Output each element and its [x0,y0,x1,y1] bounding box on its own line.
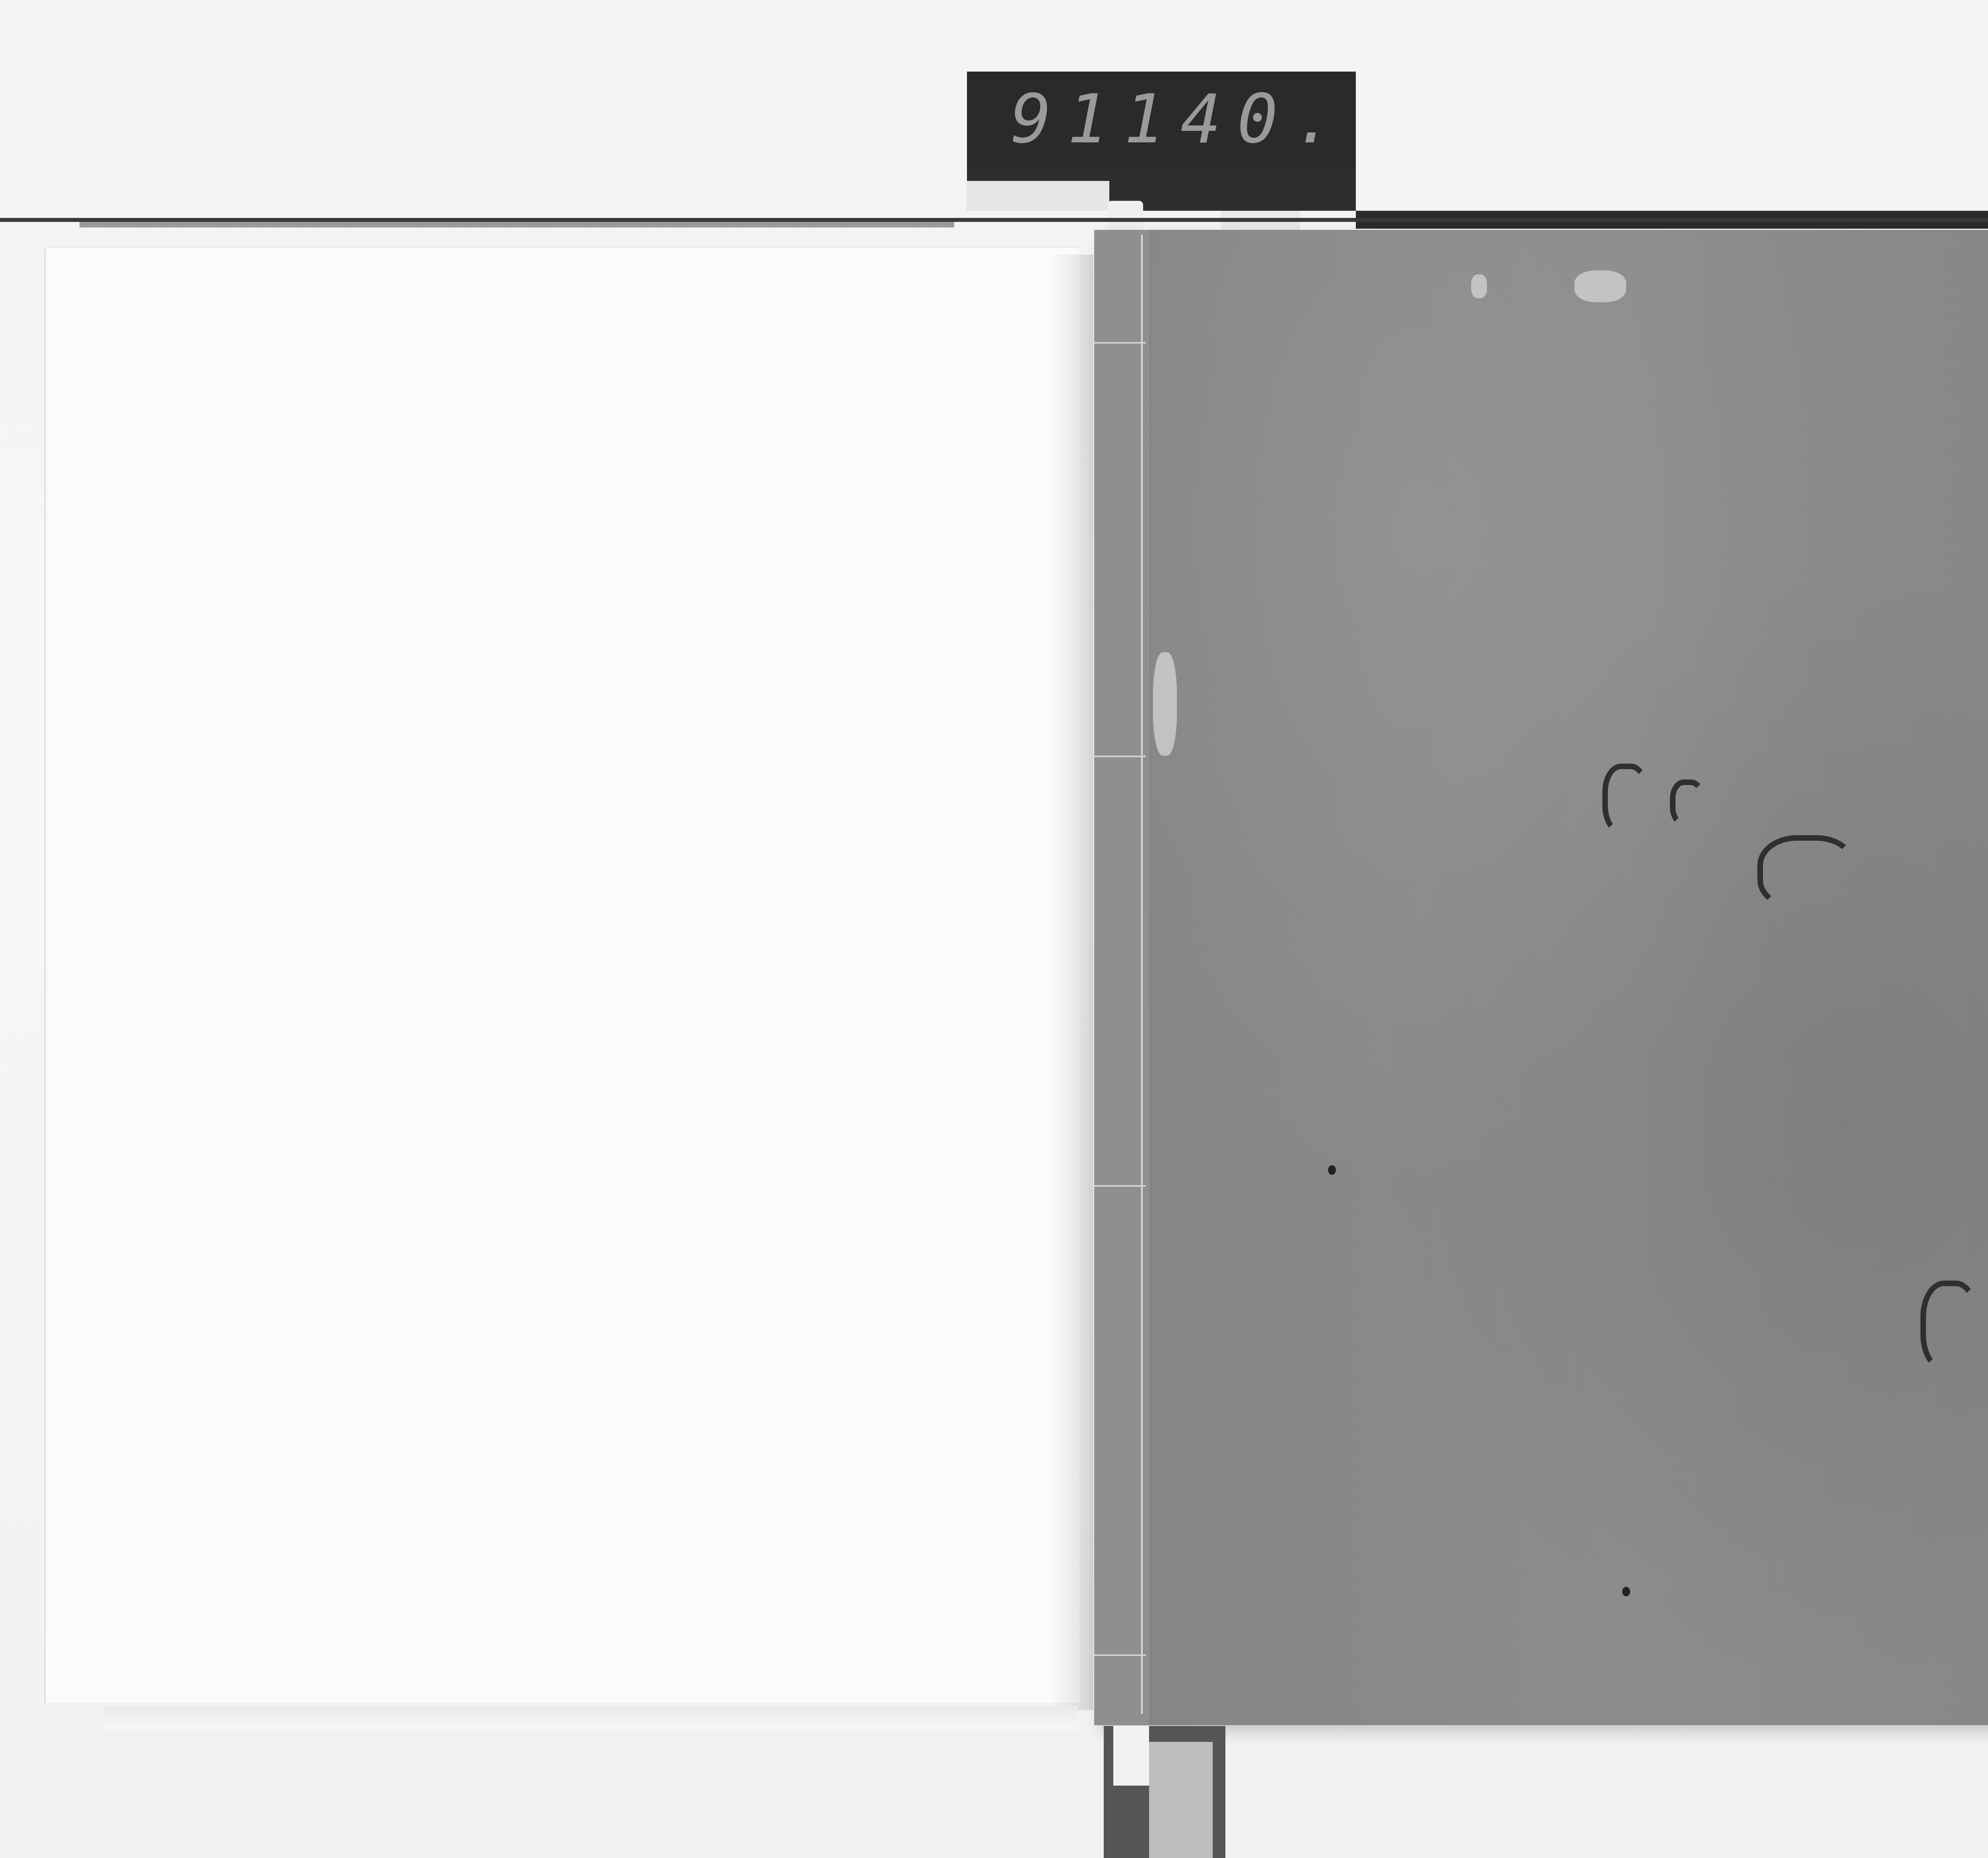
wear-spot [1153,652,1177,756]
wear-spot [1471,274,1487,298]
wormhole-mark [1757,835,1856,910]
page-gutter-shadow [1050,255,1093,1710]
left-page [45,247,1079,1703]
book-cover [1094,230,1988,1725]
binding-stitch [1094,342,1146,344]
ink-spot [1622,1587,1630,1596]
binding-stitch [1094,1185,1146,1187]
frame-start-number: 91 [1011,80,1124,159]
top-rule-shadow [80,222,954,227]
plate-gap [966,181,1109,211]
wormhole-mark [1602,764,1649,834]
wear-spot [1574,270,1626,302]
binding-stitch [1094,756,1146,757]
wormhole-mark [1920,1281,1979,1371]
page-bottom-edge [103,1706,1077,1730]
frame-label: 91 140. [967,72,1356,167]
binding-stitch [1094,1654,1146,1656]
frame-end-number: 140. [1124,80,1350,159]
ink-spot [1328,1165,1336,1175]
wormhole-mark [1670,779,1705,826]
binding-thread [1141,235,1143,1714]
top-rule [0,218,1988,222]
stand-shadow [1149,1742,1213,1858]
plate-gap [1107,201,1143,231]
stand-highlight [1113,1726,1149,1786]
